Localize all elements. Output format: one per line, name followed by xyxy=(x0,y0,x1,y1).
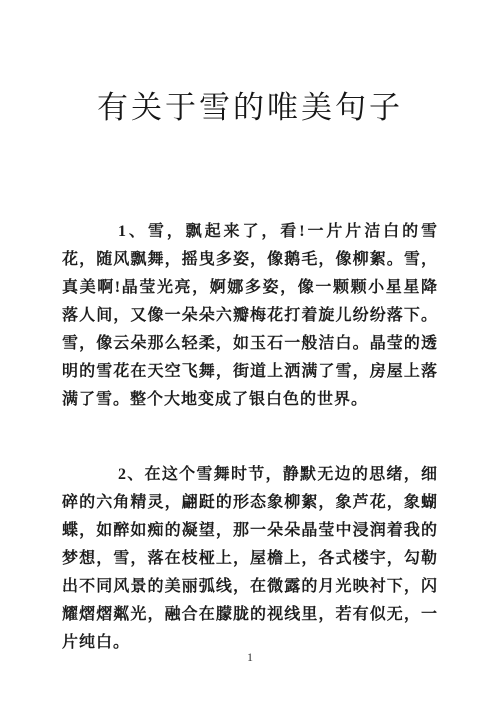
paragraph-1: 1、雪，飘起来了，看!一片片洁白的雪花，随风飘舞，摇曳多姿，像鹅毛，像柳絮。雪，… xyxy=(62,218,438,414)
paragraph-2: 2、在这个雪舞时节，静默无边的思绪，细碎的六角精灵，翩跹的形态象柳絮，象芦花，象… xyxy=(62,461,438,657)
document-page: 有关于雪的唯美句子 1、雪，飘起来了，看!一片片洁白的雪花，随风飘舞，摇曳多姿，… xyxy=(0,0,500,707)
page-footer: 1 xyxy=(0,648,500,666)
page-number: 1 xyxy=(247,650,253,664)
page-title: 有关于雪的唯美句子 xyxy=(62,86,438,130)
